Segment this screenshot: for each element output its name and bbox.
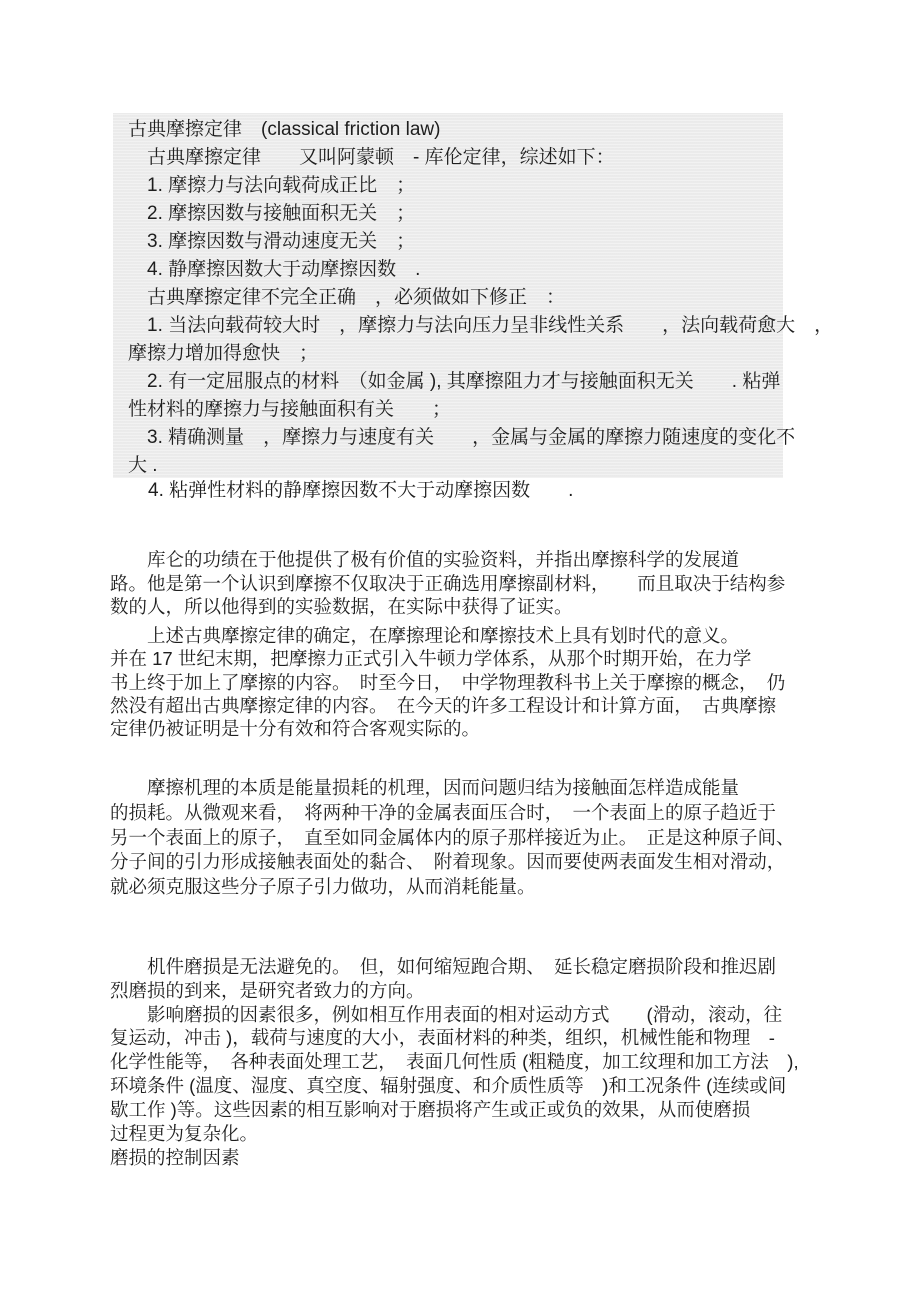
text-line: 并在 17 世纪末期，把摩擦力正式引入牛顿力学体系，从那个时期开始，在力学 [110,647,785,670]
document-page: 古典摩擦定律 (classical friction law) 古典摩擦定律 又… [0,0,920,1303]
paragraph-history: 上述古典摩擦定律的确定，在摩擦理论和摩擦技术上具有划时代的意义。 并在 17 世… [110,624,785,740]
wear-control-heading: 磨损的控制因素 [110,1146,240,1170]
text-line: 过程更为复杂化。 [110,1122,799,1146]
text-line: 歇工作 )等。这些因素的相互影响对于磨损将产生或正或负的效果，从而使磨损 [110,1098,799,1122]
text-line: 机件磨损是无法避免的。 但，如何缩短跑合期、 延长稳定磨损阶段和推迟剧 [110,955,799,979]
text-line: 数的人，所以他得到的实验数据，在实际中获得了证实。 [110,595,785,619]
text-line: 复运动，冲击 )，载荷与速度的大小，表面材料的种类，组织，机械性能和物理 - [110,1026,799,1050]
text-line: 就必须克服这些分子原子引力做功，从而消耗能量。 [110,875,795,900]
text-line: 性材料的摩擦力与接触面积有关 ； [128,396,833,424]
paragraph-coulomb: 库仑的功绩在于他提供了极有价值的实验资料，并指出摩擦科学的发展道 路。他是第一个… [110,548,785,619]
text-line: 环境条件 (温度、湿度、真空度、辐射强度、和介质性质等 )和工况条件 (连续或间 [110,1074,799,1098]
document-title: 古典摩擦定律 (classical friction law) [128,116,833,144]
text-line: 2. 摩擦因数与接触面积无关 ； [128,200,833,228]
paragraph-wear-factors: 机件磨损是无法避免的。 但，如何缩短跑合期、 延长稳定磨损阶段和推迟剧 烈磨损的… [110,955,799,1145]
text-line: 定律仍被证明是十分有效和符合客观实际的。 [110,717,785,740]
text-line: 古典摩擦定律不完全正确 ，必须做如下修正 ： [128,284,833,312]
text-line: 大 . [128,452,833,480]
text-line: 2. 有一定屈服点的材料 （如金属 ), 其摩擦阻力才与接触面积无关 . 粘弹 [128,368,833,396]
text-line: 摩擦力增加得愈快 ； [128,340,833,368]
text-line: 3. 精确测量 ，摩擦力与速度有关 ，金属与金属的摩擦力随速度的变化不 [128,424,833,452]
text-line: 4. 静摩擦因数大于动摩擦因数 . [128,256,833,284]
classical-friction-law-block: 古典摩擦定律 (classical friction law) 古典摩擦定律 又… [128,116,833,480]
text-line: 然没有超出古典摩擦定律的内容。 在今天的许多工程设计和计算方面， 古典摩擦 [110,694,785,717]
text-line: 路。他是第一个认识到摩擦不仅取决于正确选用摩擦副材料， 而且取决于结构参 [110,572,785,596]
text-line: 分子间的引力形成接触表面处的黏合、 附着现象。因而要使两表面发生相对滑动， [110,850,795,875]
text-line: 化学性能等， 各种表面处理工艺， 表面几何性质 (粗糙度，加工纹理和加工方法 )… [110,1050,799,1074]
text-line: 库仑的功绩在于他提供了极有价值的实验资料，并指出摩擦科学的发展道 [110,548,785,572]
text-line: 影响磨损的因素很多，例如相互作用表面的相对运动方式 (滑动，滚动，往 [110,1003,799,1027]
text-line: 另一个表面上的原子， 直至如同金属体内的原子那样接近为止。 正是这种原子间、 [110,826,795,851]
text-line: 摩擦机理的本质是能量损耗的机理，因而问题归结为接触面怎样造成能量 [110,776,795,801]
text-line: 的损耗。从微观来看， 将两种干净的金属表面压合时， 一个表面上的原子趋近于 [110,801,795,826]
text-line: 1. 摩擦力与法向载荷成正比 ； [128,172,833,200]
paragraph-friction-mechanism: 摩擦机理的本质是能量损耗的机理，因而问题归结为接触面怎样造成能量 的损耗。从微观… [110,776,795,900]
text-line: 书上终于加上了摩擦的内容。 时至今日， 中学物理教科书上关于摩擦的概念， 仍 [110,671,785,694]
text-line: 上述古典摩擦定律的确定，在摩擦理论和摩擦技术上具有划时代的意义。 [110,624,785,647]
text-line: 烈磨损的到来，是研究者致力的方向。 [110,979,799,1003]
text-line: 3. 摩擦因数与滑动速度无关 ； [128,228,833,256]
text-line: 1. 当法向载荷较大时 ，摩擦力与法向压力呈非线性关系 ，法向载荷愈大 ， [128,312,833,340]
law-block-tail-line: 4. 粘弹性材料的静摩擦因数不大于动摩擦因数 . [110,477,573,505]
text-line: 古典摩擦定律 又叫阿蒙顿 - 库伦定律，综述如下： [128,144,833,172]
